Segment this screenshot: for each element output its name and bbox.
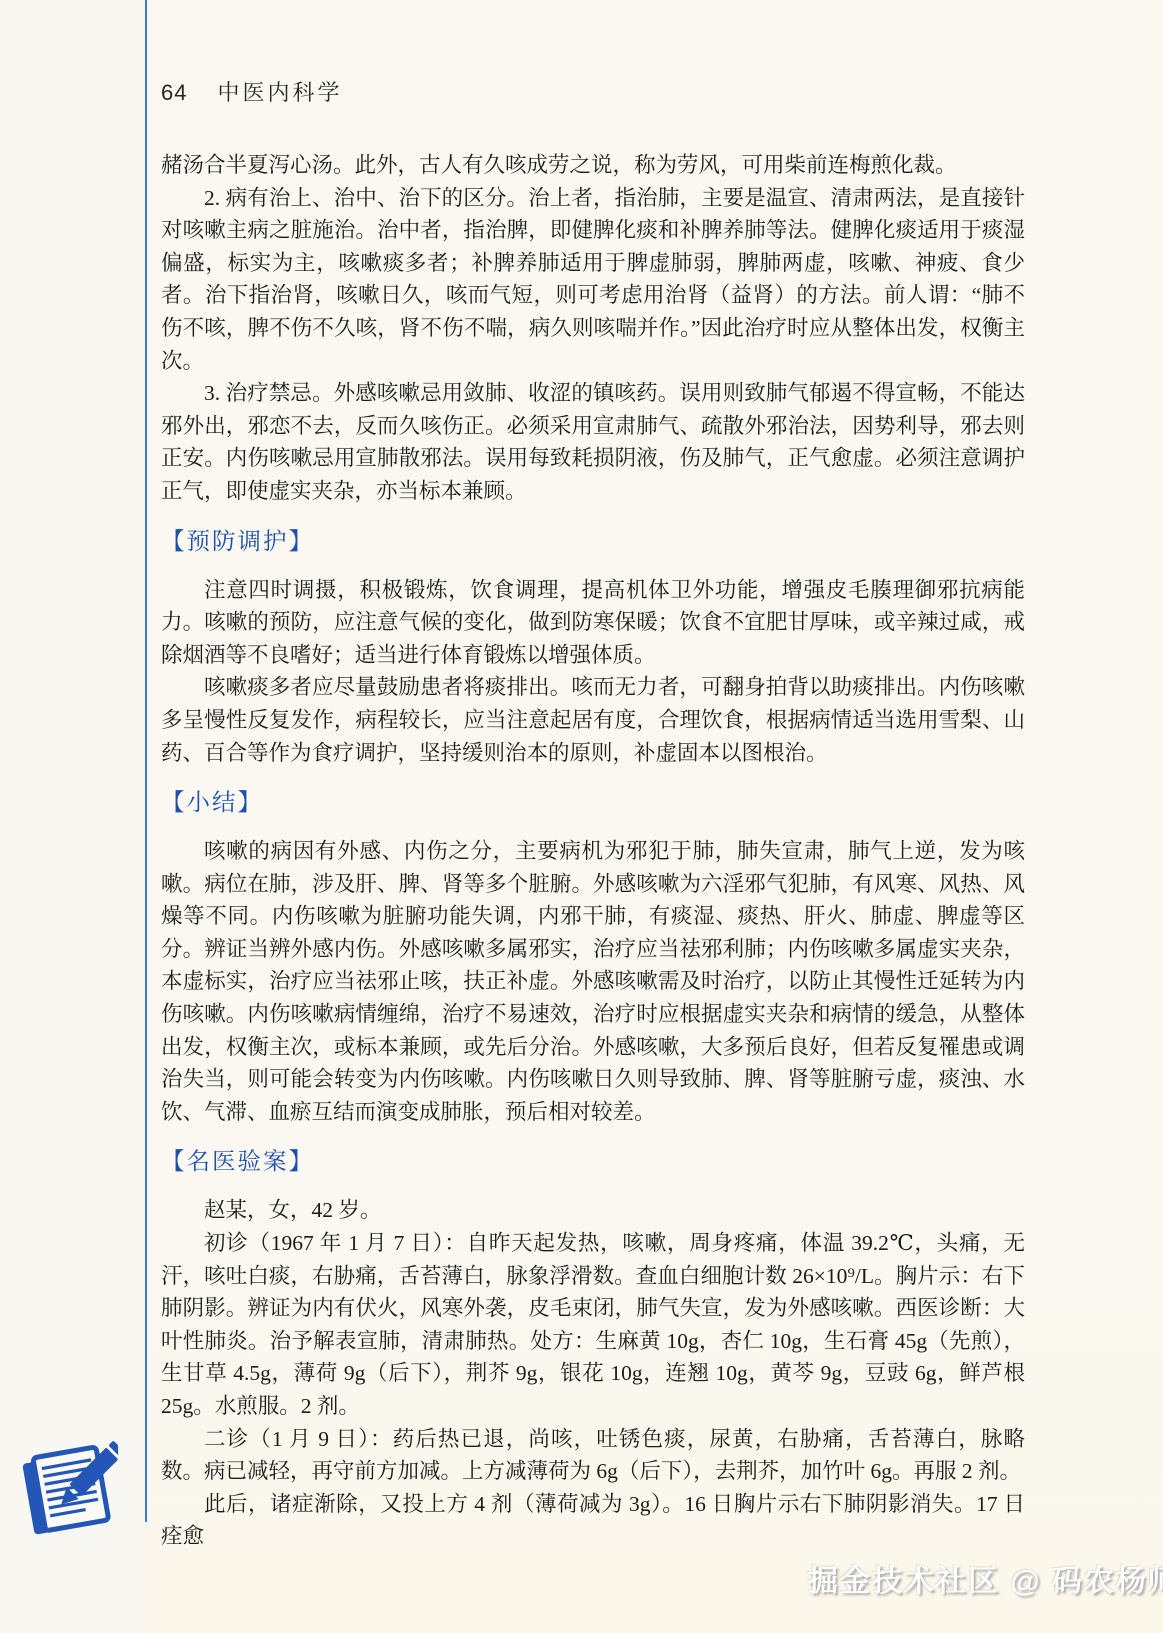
book-page: 64 中医内科学 赭汤合半夏泻心汤。此外，古人有久咳成劳之说，称为劳风，可用柴前… (0, 0, 1163, 1633)
page-body: 赭汤合半夏泻心汤。此外，古人有久咳成劳之说，称为劳风，可用柴前连梅煎化裁。 2.… (161, 149, 1025, 1553)
page-number: 64 (161, 80, 187, 106)
paragraph: 二诊（1 月 9 日）：药后热已退，尚咳，吐锈色痰，尿黄，右胁痛，舌苔薄白，脉略… (161, 1423, 1025, 1488)
page-left-margin (0, 0, 145, 1633)
section-heading-summary: 【小结】 (161, 787, 1025, 820)
left-accent-rule (145, 0, 147, 1522)
paragraph: 赵某，女，42 岁。 (161, 1194, 1025, 1227)
section-heading-prevention-care: 【预防调护】 (161, 526, 1025, 559)
watermark: 掘金技术社区 @ 码农杨师傅 (808, 1556, 1163, 1600)
paragraph: 3. 治疗禁忌。外感咳嗽忌用敛肺、收涩的镇咳药。误用则致肺气郁遏不得宣畅，不能达… (161, 377, 1025, 507)
book-title: 中医内科学 (217, 76, 342, 107)
paragraph: 赭汤合半夏泻心汤。此外，古人有久咳成劳之说，称为劳风，可用柴前连梅煎化裁。 (161, 149, 1025, 182)
paragraph: 初诊（1967 年 1 月 7 日）：自昨天起发热，咳嗽，周身疼痛，体温 39.… (161, 1227, 1025, 1423)
paragraph: 2. 病有治上、治中、治下的区分。治上者，指治肺，主要是温宣、清肃两法，是直接针… (161, 182, 1025, 378)
page-header: 64 中医内科学 (161, 76, 343, 107)
notepad-pencil-icon (18, 1430, 118, 1538)
paragraph: 此后，诸症渐除，又投上方 4 剂（薄荷减为 3g）。16 日胸片示右下肺阴影消失… (161, 1488, 1025, 1553)
section-heading-famous-doctor-case: 【名医验案】 (161, 1146, 1025, 1179)
paragraph: 咳嗽的病因有外感、内伤之分，主要病机为邪犯于肺，肺失宣肃，肺气上逆，发为咳嗽。病… (161, 835, 1025, 1128)
paragraph: 咳嗽痰多者应尽量鼓励患者将痰排出。咳而无力者，可翻身拍背以助痰排出。内伤咳嗽多呈… (161, 671, 1025, 769)
paragraph: 注意四时调摄，积极锻炼，饮食调理，提高机体卫外功能，增强皮毛腠理御邪抗病能力。咳… (161, 574, 1025, 672)
